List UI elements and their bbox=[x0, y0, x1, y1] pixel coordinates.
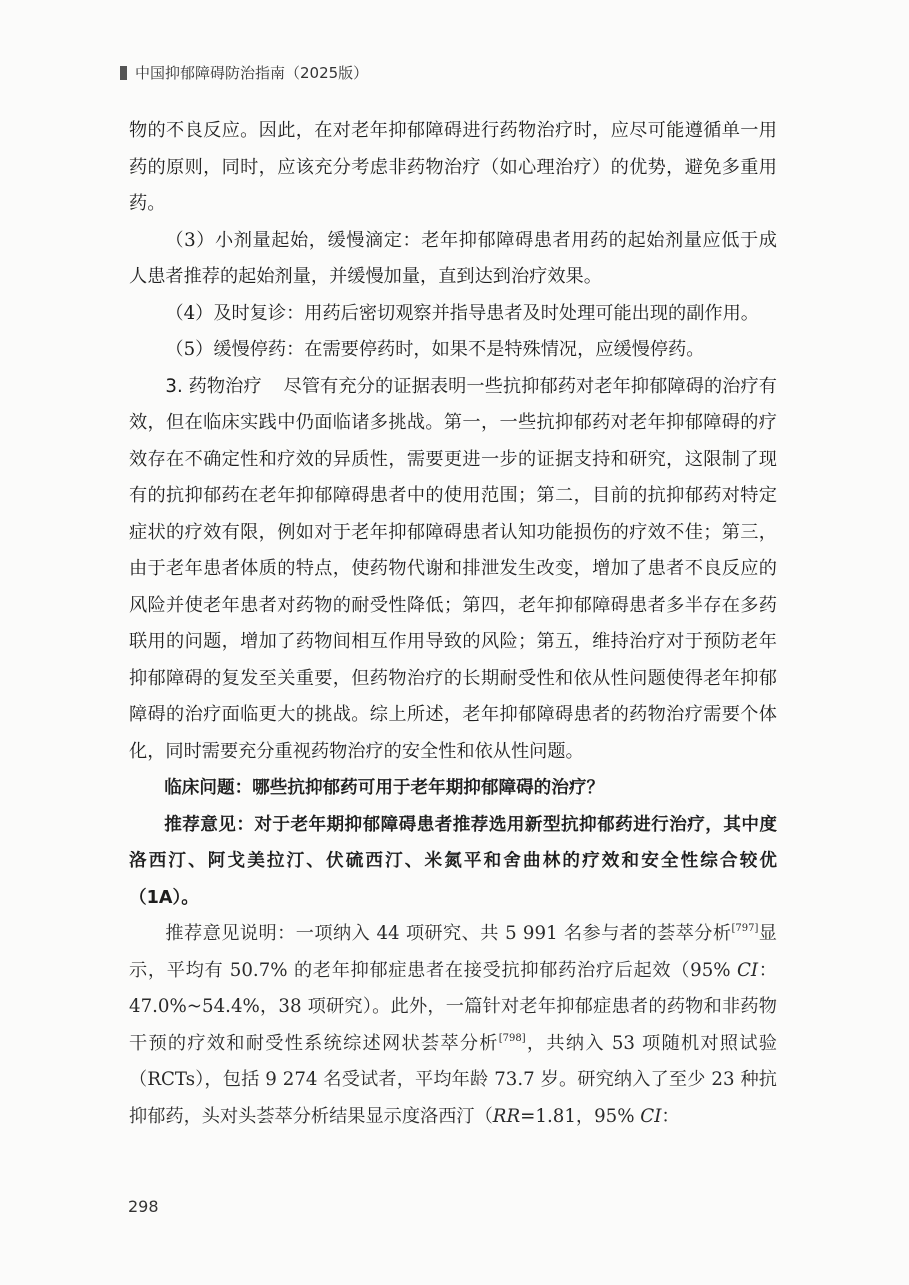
paragraph-taper: （5）缓慢停药：在需要停药时，如果不是特殊情况，应缓慢停药。 bbox=[129, 332, 777, 369]
document-page: 中国抑郁障碍防治指南（2025版） 物的不良反应。因此，在对老年抑郁障碍进行药物… bbox=[0, 0, 909, 1285]
running-header: 中国抑郁障碍防治指南（2025版） bbox=[120, 62, 368, 83]
page-number: 298 bbox=[128, 1197, 159, 1216]
book-title: 中国抑郁障碍防治指南（2025版） bbox=[135, 62, 368, 83]
header-bar-icon bbox=[120, 66, 127, 80]
section-heading-drug-therapy: 3. 药物治疗 bbox=[165, 376, 261, 397]
reference-798[interactable]: [798] bbox=[499, 1033, 526, 1044]
paragraph-follow-up: （4）及时复诊：用药后密切观察并指导患者及时处理可能出现的副作用。 bbox=[129, 296, 777, 333]
body-text: 物的不良反应。因此，在对老年抑郁障碍进行药物治疗时，应尽可能遵循单一用药的原则，… bbox=[129, 113, 777, 1135]
drug-therapy-text: 尽管有充分的证据表明一些抗抑郁药对老年抑郁障碍的治疗有效，但在临床实践中仍面临诸… bbox=[129, 376, 777, 762]
paragraph-low-dose: （3）小剂量起始，缓慢滴定：老年抑郁障碍患者用药的起始剂量应低于成人患者推荐的起… bbox=[129, 223, 777, 296]
paragraph-monotherapy: 物的不良反应。因此，在对老年抑郁障碍进行药物治疗时，应尽可能遵循单一用药的原则，… bbox=[129, 113, 777, 223]
recommendation-explanation: 推荐意见说明：一项纳入 44 项研究、共 5 991 名参与者的荟萃分析[797… bbox=[129, 916, 777, 1135]
recommendation: 推荐意见：对于老年期抑郁障碍患者推荐选用新型抗抑郁药进行治疗，其中度洛西汀、阿戈… bbox=[129, 807, 777, 917]
clinical-question: 临床问题：哪些抗抑郁药可用于老年期抑郁障碍的治疗？ bbox=[129, 770, 777, 807]
paragraph-drug-therapy: 3. 药物治疗尽管有充分的证据表明一些抗抑郁药对老年抑郁障碍的治疗有效，但在临床… bbox=[129, 369, 777, 771]
reference-797[interactable]: [797] bbox=[731, 923, 758, 934]
